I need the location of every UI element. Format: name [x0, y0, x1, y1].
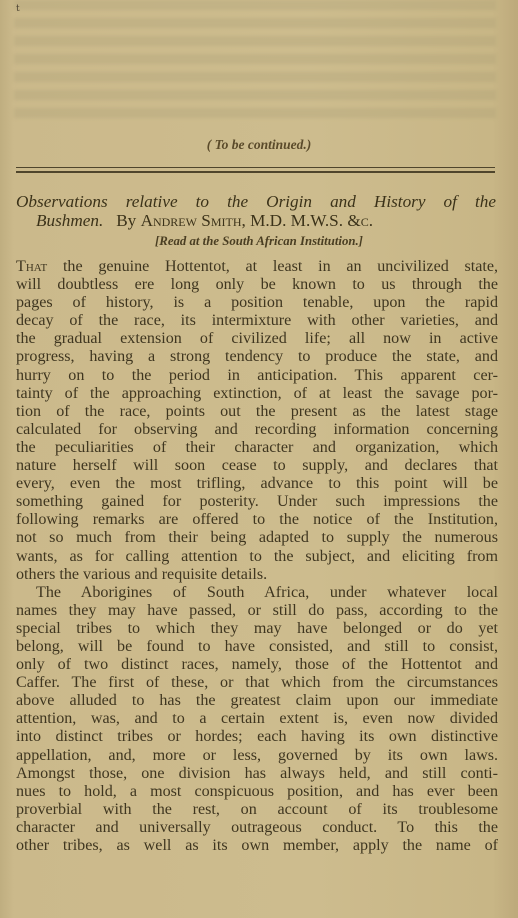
text-line: character and universally outrageous con…: [16, 819, 498, 837]
section-divider-top: [16, 167, 495, 168]
read-at-note: [Read at the South African Institution.]: [0, 234, 518, 249]
text-line: decay of the race, its intermixture with…: [16, 312, 498, 330]
text-line: Caffer. The first of these, or that whic…: [16, 674, 498, 692]
text-line: belong, will be found to have consisted,…: [16, 638, 498, 656]
text-line: only of two distinct races, namely, thos…: [16, 656, 498, 674]
text-line: tion of the race, points out the present…: [16, 403, 498, 421]
text-line: That the genuine Hottentot, at least in …: [16, 258, 498, 276]
scanned-page: t ( To be continued.) Observations relat…: [0, 0, 518, 918]
paragraph-2: The Aborigines of South Africa, under wh…: [16, 584, 498, 855]
author-name: Andrew Smith, M.D. M.W.S. &c.: [141, 211, 373, 230]
text-line: attention, was, and to a certain extent …: [16, 710, 498, 728]
paragraph-1: That the genuine Hottentot, at least in …: [16, 258, 498, 584]
text-line: The Aborigines of South Africa, under wh…: [16, 584, 498, 602]
text-line: every, even the most trifling, advance t…: [16, 475, 498, 493]
title-bushmen: Bushmen.: [36, 211, 103, 230]
text-line: wants, as for calling attention to the s…: [16, 548, 498, 566]
text-line: the gradual extension of civilized life;…: [16, 330, 498, 348]
text-line: calculated for observing and recording i…: [16, 421, 498, 439]
text-line: nature herself will soon cease to supply…: [16, 457, 498, 475]
text-line: tainty of the approaching extinction, of…: [16, 385, 498, 403]
text-line: the peculiarities of their character and…: [16, 439, 498, 457]
text-line: proverbial with the rest, on account of …: [16, 801, 498, 819]
text-line: above alluded to has the greatest claim …: [16, 692, 498, 710]
byline-by: By: [116, 211, 136, 230]
text-line: others the various and requisite details…: [16, 566, 498, 584]
text-line: other tribes, as well as its own member,…: [16, 837, 498, 855]
to-be-continued-note: ( To be continued.): [0, 137, 518, 153]
text-line: into distinct tribes or hordes; each hav…: [16, 728, 498, 746]
text-line: something gained for posterity. Under su…: [16, 493, 498, 511]
text-line: Amongst those, one division has always h…: [16, 765, 498, 783]
article-body: That the genuine Hottentot, at least in …: [16, 258, 498, 855]
title-line-2: Bushmen. By Andrew Smith, M.D. M.W.S. &c…: [16, 211, 496, 230]
corner-mark: t: [16, 4, 20, 14]
text-line: hurry on to the period in anticipation. …: [16, 367, 498, 385]
text-line: progress, having a strong tendency to pr…: [16, 348, 498, 366]
text-line: nues to hold, a most conspicuous positio…: [16, 783, 498, 801]
text-line: special tribes to which they may have be…: [16, 620, 498, 638]
text-line: will doubtless ere long only be known to…: [16, 276, 498, 294]
text-line: appellation, and, more or less, governed…: [16, 747, 498, 765]
text-line: pages of history, is a position tenable,…: [16, 294, 498, 312]
text-line: following remarks are offered to the not…: [16, 511, 498, 529]
lead-word: That: [16, 258, 47, 275]
text-line: not so much from their being adapted to …: [16, 529, 498, 547]
section-divider-bottom: [16, 171, 495, 173]
article-title: Observations relative to the Origin and …: [16, 192, 496, 230]
text-line: names they may have passed, or still do …: [16, 602, 498, 620]
show-through-text: [14, 0, 496, 118]
title-line-1: Observations relative to the Origin and …: [16, 192, 496, 211]
